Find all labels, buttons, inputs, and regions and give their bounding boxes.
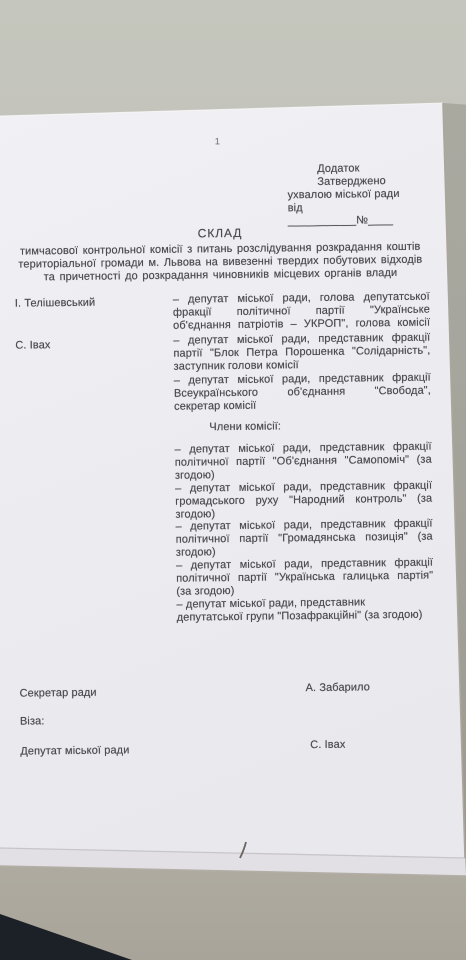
- members-roles: – депутат міської ради, представник фрак…: [175, 441, 434, 625]
- member-name: С. Івах: [15, 338, 165, 353]
- role-entry: – депутат міської ради, представник фрак…: [174, 372, 431, 414]
- composition-roles: – депутат міської ради, голова депутатсь…: [173, 291, 431, 416]
- page-number: 1: [215, 135, 220, 148]
- role-line: об'єднання патріотів – УКРОП", голова ко…: [173, 316, 430, 332]
- member-entry: – депутат міської ради, представник фрак…: [176, 557, 433, 599]
- annex-approval-block: Додаток Затверджено ухвалою міської ради…: [287, 162, 404, 228]
- members-heading: Члени комісії:: [209, 420, 281, 434]
- signature-label: Віза:: [20, 715, 45, 728]
- annex-line: від ___________№____: [288, 201, 404, 228]
- member-entry: – депутат міської ради, представник фрак…: [175, 518, 432, 560]
- signature-label: Депутат міської ради: [20, 744, 129, 758]
- role-entry: – депутат міської ради, голова депутатсь…: [173, 291, 430, 333]
- member-name: І. Телішевський: [15, 296, 165, 311]
- signature-name: С. Івах: [310, 739, 345, 752]
- role-line: депутатської групи "Позафракційні" (за з…: [177, 608, 434, 624]
- member-entry: – депутат міської ради, представник фрак…: [175, 479, 432, 521]
- document-text: 1 Додаток Затверджено ухвалою міської ра…: [0, 0, 466, 960]
- document-title: СКЛАД: [10, 225, 430, 243]
- document-subtitle: тимчасової контрольної комісії з питань …: [10, 241, 430, 285]
- role-entry: – депутат міської ради, представник фрак…: [173, 331, 430, 373]
- annex-line: ухвалою міської ради: [287, 188, 403, 202]
- signature-name: А. Забарило: [305, 681, 370, 695]
- photo-of-document: 1 Додаток Затверджено ухвалою міської ра…: [0, 0, 466, 960]
- member-entry: – депутат міської ради, представник депу…: [176, 595, 433, 624]
- role-line: секретар комісії: [174, 398, 431, 414]
- member-entry: – депутат міської ради, представник фрак…: [175, 441, 432, 483]
- signature-label: Секретар ради: [20, 687, 97, 701]
- role-line: заступник голови комісії: [174, 357, 431, 373]
